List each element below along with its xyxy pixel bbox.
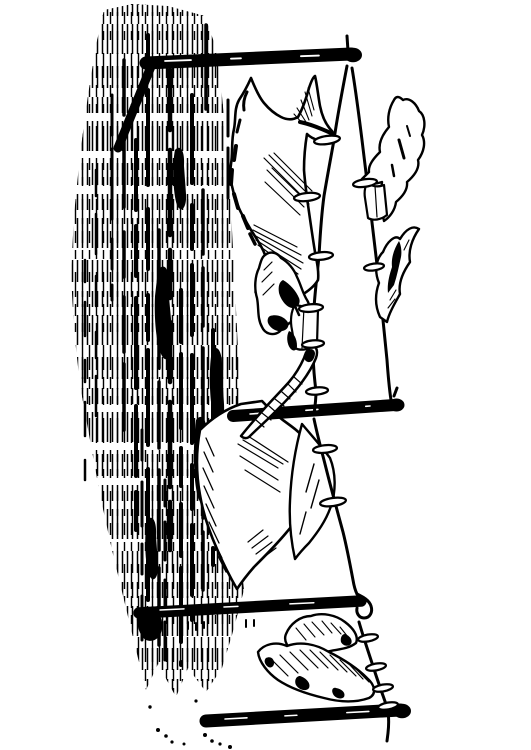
grass-bank [71, 4, 244, 697]
drying-rack-illustration: Drying rack with hides beside a grassy b… [0, 0, 531, 750]
leaf-upper-right [362, 97, 424, 221]
right-rope [352, 68, 391, 400]
leaf-bottom-lower [258, 644, 374, 702]
leaf-lower-right [376, 227, 419, 322]
top-rail-tick [347, 36, 348, 51]
illustration-canvas: Drying rack with hides beside a grassy b… [0, 0, 531, 750]
